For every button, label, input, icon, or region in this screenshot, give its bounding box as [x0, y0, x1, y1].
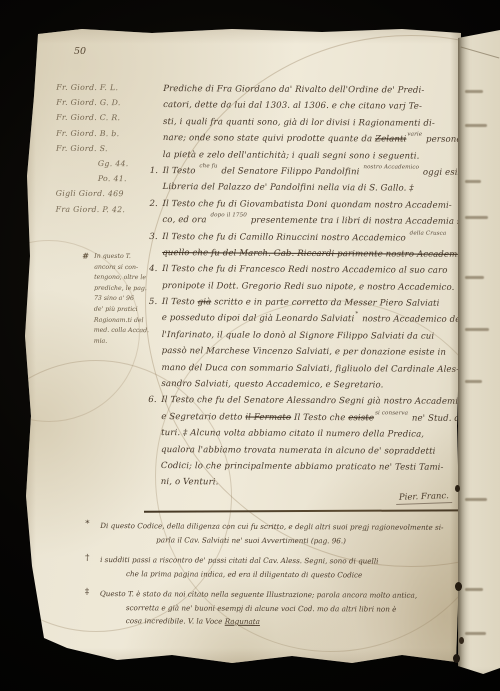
text-segment-strike: già	[198, 297, 212, 307]
main-text-block: Prediche di Fra Giordano da' Rivalto del…	[161, 81, 475, 493]
margin-siglum: Fr. Giord. G. D.	[56, 95, 129, 111]
margin-siglum: Fr. Giord. B. b.	[56, 125, 129, 141]
signature-flourish: Pier. Franc.	[396, 491, 452, 505]
manuscript-line: 3.Il Testo che fu di Camillo Rinuccini n…	[162, 229, 474, 247]
manuscript-line: nare; onde sono state quivi prodotte qua…	[163, 130, 475, 148]
text-segment: che la prima pagina indica, ed era il di…	[126, 569, 362, 579]
manuscript-line: catori, dette da lui dal 1303. al 1306. …	[163, 97, 475, 115]
manuscript-line: ni, o Venturi.	[161, 474, 473, 492]
edge-pencil-mark: 2	[29, 585, 36, 593]
text-segment: mano del Duca con sommario Salviati, fig…	[161, 363, 459, 375]
footnote-line: Questo T. è stato da noi citato nella se…	[100, 587, 482, 602]
text-segment: pronipote il Dott. Gregorio Redi suo nip…	[162, 281, 454, 293]
margin-note-marker: #	[82, 251, 89, 261]
facing-page-text-fragment	[465, 180, 481, 183]
facing-page-text-fragment	[465, 632, 486, 635]
footnotes-block: *Di questo Codice, della diligenza con c…	[84, 519, 483, 637]
footnote-line: Di questo Codice, della diligenza con cu…	[100, 519, 482, 535]
manuscript-scan: 50 Fr. Giord. F. L.Fr. Giord. G. D.Fr. G…	[0, 0, 500, 691]
text-segment: scritto e in parte corretto da Messer Pi…	[211, 297, 439, 308]
margin-siglum: Po. 41.	[56, 171, 129, 187]
text-segment-sup: si conserva	[375, 405, 408, 422]
gutter-ink-specks	[455, 485, 460, 492]
facing-page-text-fragment	[465, 216, 488, 219]
text-segment: Il Testo che	[291, 413, 348, 423]
text-segment: ni, o Venturi.	[161, 477, 219, 487]
margin-siglum: Gg. 44.	[56, 156, 129, 172]
text-segment: Il Testo che fu di Francesco Redi nostro…	[162, 264, 447, 276]
text-segment: Il Testo	[162, 297, 198, 307]
facing-page-text-fragment	[465, 498, 487, 501]
footnote-marker: ‡	[85, 587, 89, 597]
facing-page-text-fragment	[465, 90, 483, 93]
text-segment: Questo T. è stato da noi citato nella se…	[100, 589, 417, 600]
text-segment: presentemente tra i libri di nostra Acca…	[248, 216, 486, 227]
footnote-marker: *	[85, 519, 89, 529]
manuscript-line: Libreria del Palazzo de' Pandolfini nell…	[163, 179, 475, 197]
text-segment-sup: *	[355, 307, 358, 323]
margin-siglum: Fra Giord. P. 42.	[56, 201, 129, 217]
item-number: 4.	[149, 261, 162, 277]
margin-sigla-list: Fr. Giord. F. L.Fr. Giord. G. D.Fr. Gior…	[56, 80, 129, 217]
text-segment: sandro Salviati, questo Accademico, e Se…	[161, 379, 383, 390]
footnote: ‡Questo T. è stato da noi citato nella s…	[84, 587, 482, 630]
facing-page-text-fragment	[465, 276, 484, 279]
footnote-lines: i sudditi passi a riscontro de' passi ci…	[100, 553, 482, 582]
text-segment: Il Testo	[163, 166, 199, 176]
text-segment: qualora l'abbiamo trovata numerata in al…	[161, 445, 436, 457]
text-segment: Prediche di Fra Giordano da' Rivalto del…	[163, 84, 424, 96]
manuscript-line: Codici; lo che principalmente abbiamo pr…	[161, 458, 473, 476]
text-segment-sup: della Crusca	[410, 225, 447, 242]
text-segment: passò nel Marchese Vincenzo Salviati, e …	[162, 346, 446, 358]
edge-pencil-mark: 1	[29, 570, 36, 578]
text-segment-strike: quello che fu del March. Gab. Riccardi p…	[162, 248, 470, 260]
text-segment: catori, dette da lui dal 1303. al 1306. …	[163, 100, 422, 112]
edge-pencil-mark: 16	[29, 593, 36, 601]
manuscript-line: 2.Il Testo che fu di Giovambatista Doni …	[162, 196, 474, 214]
text-segment: nostro Accademico detto	[359, 315, 473, 326]
text-segment: Il Testo che fu del Senatore Alessandro …	[161, 395, 475, 407]
text-segment: nare; onde sono state quivi prodotte qua…	[163, 133, 375, 144]
text-segment: i sudditi passi a riscontro de' passi ci…	[100, 555, 378, 565]
text-segment-u: Ragunata	[225, 617, 260, 626]
text-segment-strike: esiste	[348, 413, 374, 423]
facing-page-text-fragment	[465, 380, 482, 383]
text-segment: sti, i quali fra quanti sono, già di lor…	[163, 117, 435, 129]
text-segment-strike: il Fermato	[245, 412, 291, 422]
manuscript-page: 50 Fr. Giord. F. L.Fr. Giord. G. D.Fr. G…	[22, 26, 462, 668]
manuscript-line: pronipote il Dott. Gregorio Redi suo nip…	[162, 278, 474, 296]
footnote-lines: Di questo Codice, della diligenza con cu…	[100, 519, 482, 548]
text-segment: parla il Cav. Salviati ne' suoi Avvertim…	[156, 535, 346, 545]
text-segment: l'Infarinato, il quale lo donò al Signor…	[162, 330, 435, 342]
facing-page-text-fragment	[465, 124, 487, 127]
text-segment: scorretta e già ne' buoni esempj di alcu…	[126, 603, 397, 613]
manuscript-line: passò nel Marchese Vincenzo Salviati, e …	[162, 343, 474, 361]
margin-siglum: Fr. Giord. S.	[56, 141, 129, 157]
manuscript-line: 6.Il Testo che fu del Senatore Alessandr…	[161, 392, 473, 410]
text-segment: Codici; lo che principalmente abbiamo pr…	[161, 461, 444, 473]
manuscript-line: e Segretario detto il Fermato Il Testo c…	[161, 409, 473, 427]
margin-siglum: Gigli Giord. 469	[56, 186, 129, 202]
manuscript-line: l'Infarinato, il quale lo donò al Signor…	[162, 327, 474, 345]
facing-page-edge	[458, 28, 500, 674]
manuscript-line: sti, i quali fra quanti sono, già di lor…	[163, 114, 475, 132]
footnote-line: cosa incredibile. V. la Voce Ragunata	[126, 614, 482, 629]
manuscript-line: sandro Salviati, questo Accademico, e Se…	[161, 376, 473, 394]
manuscript-line: quello che fu del March. Gab. Riccardi p…	[162, 245, 474, 263]
manuscript-line: turi. ‡ Alcuna volta abbiamo citato il n…	[161, 425, 473, 443]
text-segment-sup: dopo il 1750	[210, 207, 247, 224]
facing-page-text-fragment	[465, 328, 489, 331]
text-segment: e posseduto dipoi dal già Leonardo Salvi…	[162, 314, 355, 325]
footnote-lines: Questo T. è stato da noi citato nella se…	[100, 587, 482, 629]
manuscript-line: Prediche di Fra Giordano da' Rivalto del…	[163, 81, 475, 99]
item-number: 2.	[149, 196, 162, 212]
text-segment: e Segretario detto	[161, 412, 245, 423]
folio-number: 50	[74, 46, 86, 57]
footnote-line: i sudditi passi a riscontro de' passi ci…	[100, 553, 482, 569]
text-segment-strike: Zelanti	[375, 135, 406, 145]
manuscript-line: 4.Il Testo che fu di Francesco Redi nost…	[162, 261, 474, 279]
footnote: †i sudditi passi a riscontro de' passi c…	[84, 553, 482, 582]
manuscript-line: 5.Il Testo già scritto e in parte corret…	[162, 294, 474, 312]
item-number: 1.	[150, 163, 163, 179]
text-segment: Di questo Codice, della diligenza con cu…	[100, 521, 443, 532]
text-segment: co, ed ora	[162, 215, 209, 225]
text-segment: del Senatore Filippo Pandolfini	[218, 166, 362, 177]
item-number: 6.	[148, 392, 161, 408]
item-number: 5.	[149, 294, 162, 310]
text-segment-sup: varie	[407, 127, 422, 143]
edge-pencil-marks: 12216	[29, 570, 36, 600]
item-number: 3.	[149, 228, 162, 244]
text-segment: Il Testo che fu di Camillo Rinuccini nos…	[162, 232, 408, 244]
facing-page-text-fragment	[465, 588, 483, 591]
text-segment: cosa incredibile. V. la Voce	[126, 616, 225, 626]
margin-siglum: Fr. Giord. F. L.	[56, 80, 129, 96]
footnote-line: che la prima pagina indica, ed era il di…	[126, 567, 482, 582]
text-segment: Libreria del Palazzo de' Pandolfini nell…	[163, 182, 414, 194]
footnote-line: parla il Cav. Salviati ne' suoi Avvertim…	[156, 533, 482, 548]
footnote: *Di questo Codice, della diligenza con c…	[84, 519, 482, 548]
text-segment-sup: che fu	[199, 158, 217, 175]
manuscript-line: qualora l'abbiamo trovata numerata in al…	[161, 442, 473, 460]
manuscript-line: e posseduto dipoi dal già Leonardo Salvi…	[162, 311, 474, 329]
footnote-marker: †	[85, 553, 89, 563]
edge-pencil-mark: 2	[29, 578, 36, 586]
footnote-divider	[144, 509, 476, 512]
manuscript-line: mano del Duca con sommario Salviati, fig…	[161, 360, 473, 378]
margin-siglum: Fr. Giord. C. R.	[56, 110, 129, 126]
text-segment: Il Testo che fu di Giovambatista Doni qu…	[162, 199, 451, 211]
text-segment-sup: nostro Accademico	[363, 159, 419, 176]
text-segment: turi. ‡ Alcuna volta abbiamo citato il n…	[161, 428, 424, 440]
manuscript-line: 1.Il Testo che fu del Senatore Filippo P…	[163, 163, 475, 181]
